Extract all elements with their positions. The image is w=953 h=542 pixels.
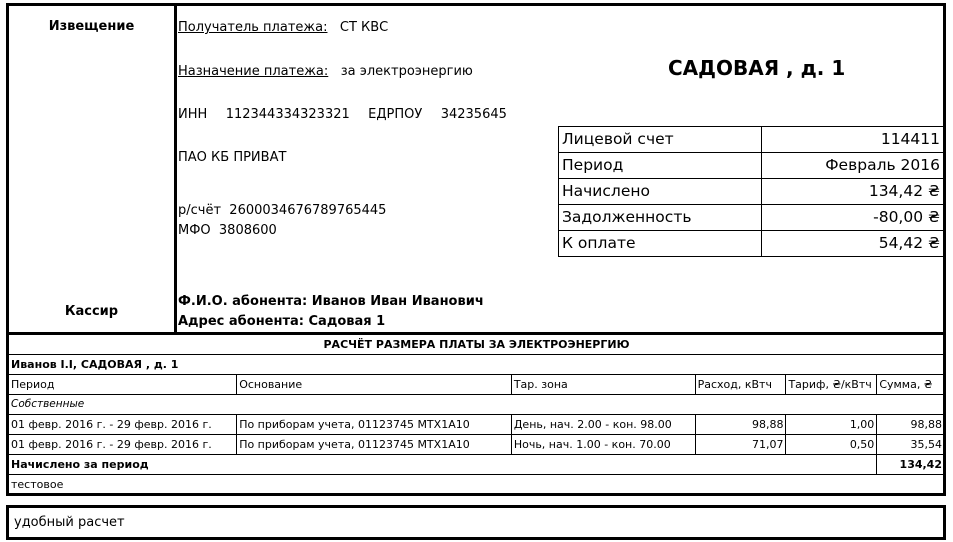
bank-name: ПАО КБ ПРИВАТ — [178, 150, 286, 165]
calc-table: РАСЧЁТ РАЗМЕРА ПЛАТЫ ЗА ЭЛЕКТРОЭНЕРГИЮ И… — [8, 334, 945, 495]
summary-value: 54,42 ₴ — [762, 231, 944, 257]
edrpou-label: ЕДРПОУ — [368, 107, 422, 122]
mfo-value: 3808600 — [219, 223, 277, 238]
total-label: Начислено за период — [9, 455, 877, 475]
notice-divider — [174, 3, 177, 333]
summary-value: 114411 — [762, 127, 944, 153]
column-header: Тариф, ₴/кВтч — [786, 375, 877, 395]
cell-sum: 98,88 — [877, 415, 945, 435]
mfo-label: МФО — [178, 223, 211, 238]
mfo-row: МФО 3808600 — [178, 223, 277, 238]
cell-sum: 35,54 — [877, 435, 945, 455]
notice-label: Извещение — [9, 19, 174, 34]
cell-tariff: 1,00 — [786, 415, 877, 435]
footer-note: удобный расчет — [14, 515, 125, 530]
calc-note: тестовое — [9, 475, 945, 495]
account-row: р/счёт 26000346767897654­45 — [178, 203, 386, 218]
purpose-row: Назначение платежа: за электроэнергию — [178, 64, 473, 79]
summary-row: К оплате54,42 ₴ — [559, 231, 944, 257]
subscriber-address: Адрес абонента: Садовая 1 — [178, 314, 385, 329]
summary-value: 134,42 ₴ — [762, 179, 944, 205]
column-header: Тар. зона — [511, 375, 695, 395]
footer-note-box: удобный расчет — [6, 505, 946, 540]
recipient-label: Получатель платежа: — [178, 20, 327, 35]
cell-zone: День, нач. 2.00 - кон. 98.00 — [511, 415, 695, 435]
total-row: Начислено за период 134,42 — [9, 455, 945, 475]
column-header: Основание — [237, 375, 512, 395]
table-header: Период Основание Тар. зона Расход, кВтч … — [9, 375, 945, 395]
cell-basis: По приборам учета, 01123745 MTX1A10 — [237, 415, 512, 435]
recipient-row: Получатель платежа: СТ КВС — [178, 20, 388, 35]
purpose-value: за электроэнергию — [341, 64, 473, 79]
summary-row: ПериодФевраль 2016 — [559, 153, 944, 179]
summary-value: -80,00 ₴ — [762, 205, 944, 231]
subscriber-name: Ф.И.О. абонента: Иванов Иван Иванович — [178, 294, 484, 309]
edrpou-value: 34235645 — [441, 107, 507, 122]
cell-usage: 98,88 — [695, 415, 786, 435]
summary-value: Февраль 2016 — [762, 153, 944, 179]
cell-basis: По приборам учета, 01123745 MTX1A10 — [237, 435, 512, 455]
purpose-label: Назначение платежа: — [178, 64, 328, 79]
address-heading: САДОВАЯ , д. 1 — [668, 56, 845, 80]
table-row: 01 февр. 2016 г. - 29 февр. 2016 г. По п… — [9, 415, 945, 435]
column-header: Период — [9, 375, 237, 395]
summary-row: Начислено134,42 ₴ — [559, 179, 944, 205]
summary-row: Лицевой счет114411 — [559, 127, 944, 153]
summary-label: К оплате — [559, 231, 762, 257]
summary-label: Задолженность — [559, 205, 762, 231]
summary-row: Задолженность-80,00 ₴ — [559, 205, 944, 231]
cashier-label: Кассир — [9, 304, 174, 319]
inn-row: ИНН 112344334323321 ЕДРПОУ 34235645 — [178, 107, 507, 122]
total-value: 134,42 — [877, 455, 945, 475]
cell-tariff: 0,50 — [786, 435, 877, 455]
frame-top-border — [6, 3, 946, 6]
cell-period: 01 февр. 2016 г. - 29 февр. 2016 г. — [9, 415, 237, 435]
calc-title: РАСЧЁТ РАЗМЕРА ПЛАТЫ ЗА ЭЛЕКТРОЭНЕРГИЮ — [9, 335, 945, 355]
column-header: Расход, кВтч — [695, 375, 786, 395]
cell-period: 01 февр. 2016 г. - 29 февр. 2016 г. — [9, 435, 237, 455]
column-header: Сумма, ₴ — [877, 375, 945, 395]
summary-label: Лицевой счет — [559, 127, 762, 153]
account-label: р/счёт — [178, 203, 221, 218]
inn-value: 112344334323321 — [226, 107, 350, 122]
summary-label: Период — [559, 153, 762, 179]
calc-account-line: Иванов І.І, САДОВАЯ , д. 1 — [9, 355, 945, 375]
table-row: 01 февр. 2016 г. - 29 февр. 2016 г. По п… — [9, 435, 945, 455]
group-label: Собственные — [9, 395, 945, 415]
account-value: 26000346767897654­45 — [229, 203, 386, 218]
recipient-value: СТ КВС — [340, 20, 388, 35]
summary-label: Начислено — [559, 179, 762, 205]
inn-label: ИНН — [178, 107, 207, 122]
cell-usage: 71,07 — [695, 435, 786, 455]
summary-table: Лицевой счет114411 ПериодФевраль 2016 На… — [558, 126, 944, 257]
cell-zone: Ночь, нач. 1.00 - кон. 70.00 — [511, 435, 695, 455]
